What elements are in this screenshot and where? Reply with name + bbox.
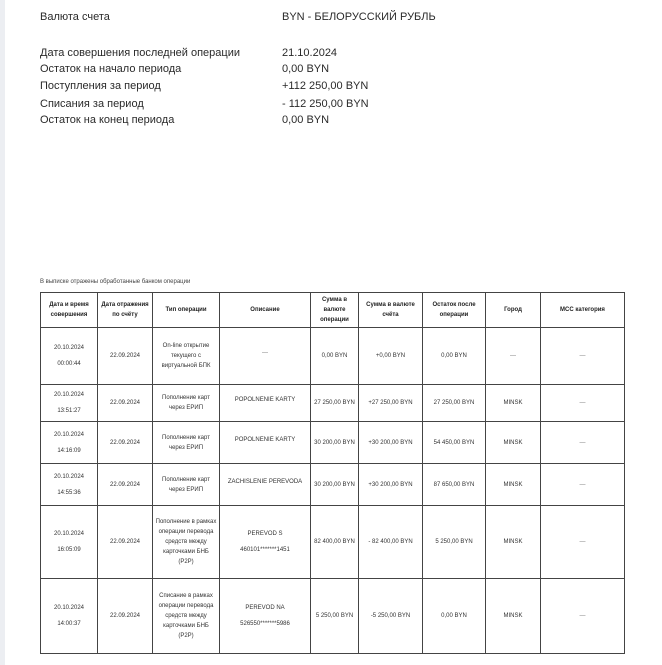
cell-amount-operation-amount-op: 0,00 BYN [322,353,348,359]
cell-datetime: 20.10.202400:00:44 [41,328,98,385]
cell-datetime-time: 13:51:27 [43,406,95,416]
summary-value: 21.10.2024 [282,47,337,59]
cell-operation-type: Списание в рамках операции перевода сред… [153,579,220,654]
cell-datetime: 20.10.202413:51:27 [41,385,98,422]
header-amount-operation: Сумма в валюте операции [311,293,359,328]
cell-mcc-mcc: — [580,613,586,619]
cell-description: POPOLNENIE KARTY [220,385,311,422]
cell-posted-date-posted: 22.09.2024 [110,539,140,545]
cell-description: PEREVOD NA526550*******5986 [220,579,311,654]
table-row: 20.10.202414:55:3622.09.2024Пополнение к… [41,464,625,506]
header-mcc: МСС категория [541,293,625,328]
cell-posted-date: 22.09.2024 [98,579,153,654]
summary-label: Списания за период [40,98,144,110]
cell-datetime-date: 20.10.2024 [43,430,95,440]
cell-balance-balance: 54 450,00 BYN [434,440,475,446]
cell-mcc-mcc: — [580,482,586,488]
cell-description-desc1: PEREVOD S [222,529,308,539]
cell-city-city: MINSK [503,539,522,545]
cell-amount-account: +30 200,00 BYN [359,464,423,506]
cell-operation-type-type: Списание в рамках операции перевода сред… [159,593,214,639]
cell-description-desc1: ZACHISLENIE PEREVODA [222,477,308,487]
cell-operation-type-type: Пополнение карт через ЕРИП [162,477,210,493]
cell-city: MINSK [486,506,541,579]
summary-value: +112 250,00 BYN [282,80,368,92]
cell-balance: 54 450,00 BYN [423,422,486,464]
cell-description: ZACHISLENIE PEREVODA [220,464,311,506]
cell-posted-date-posted: 22.09.2024 [110,400,140,406]
cell-posted-date: 22.09.2024 [98,328,153,385]
cell-amount-account: +27 250,00 BYN [359,385,423,422]
cell-description-desc2: 526550*******5986 [222,619,308,629]
cell-operation-type-type: Пополнение в рамках операции перевода ср… [156,519,217,565]
cell-amount-operation-amount-op: 27 250,00 BYN [314,400,355,406]
currency-label: Валюта счета [40,11,110,23]
cell-amount-account-amount-acc: +30 200,00 BYN [368,482,412,488]
cell-amount-account: +30 200,00 BYN [359,422,423,464]
cell-mcc: — [541,506,625,579]
cell-datetime-date: 20.10.2024 [43,343,95,353]
cell-posted-date-posted: 22.09.2024 [110,482,140,488]
cell-operation-type-type: Пополнение карт через ЕРИП [162,395,210,411]
cell-mcc-mcc: — [580,539,586,545]
header-posted-date: Дата отражения по счёту [98,293,153,328]
summary-label: Остаток на начало периода [40,63,181,75]
cell-description-desc1: POPOLNENIE KARTY [222,435,308,445]
summary-label: Поступления за период [40,80,161,92]
cell-city-city: MINSK [503,400,522,406]
cell-operation-type: On-line открытие текущего с виртуальной … [153,328,220,385]
cell-amount-operation: 30 200,00 BYN [311,422,359,464]
table-row: 20.10.202400:00:4422.09.2024On-line откр… [41,328,625,385]
cell-datetime: 20.10.202414:16:09 [41,422,98,464]
cell-posted-date: 22.09.2024 [98,422,153,464]
cell-city: MINSK [486,464,541,506]
cell-balance-balance: 5 250,00 BYN [435,539,472,545]
cell-city-city: MINSK [503,440,522,446]
cell-amount-operation: 5 250,00 BYN [311,579,359,654]
cell-city: MINSK [486,385,541,422]
cell-city-city: — [510,353,516,359]
cell-mcc: — [541,385,625,422]
cell-balance: 0,00 BYN [423,328,486,385]
cell-operation-type-type: On-line открытие текущего с виртуальной … [162,343,211,369]
cell-amount-operation-amount-op: 30 200,00 BYN [314,482,355,488]
cell-amount-account: - 82 400,00 BYN [359,506,423,579]
cell-datetime: 20.10.202414:55:36 [41,464,98,506]
cell-mcc-mcc: — [580,400,586,406]
cell-amount-account-amount-acc: -5 250,00 BYN [371,613,410,619]
cell-balance-balance: 87 650,00 BYN [434,482,475,488]
cell-mcc: — [541,328,625,385]
cell-datetime-date: 20.10.2024 [43,529,95,539]
cell-operation-type: Пополнение карт через ЕРИП [153,464,220,506]
cell-amount-account-amount-acc: +30 200,00 BYN [368,440,412,446]
cell-description: POPOLNENIE KARTY [220,422,311,464]
cell-datetime: 20.10.202416:05:09 [41,506,98,579]
header-datetime: Дата и время совершения [41,293,98,328]
header-operation-type: Тип операции [153,293,220,328]
cell-amount-operation: 30 200,00 BYN [311,464,359,506]
cell-amount-account: +0,00 BYN [359,328,423,385]
cell-amount-operation: 27 250,00 BYN [311,385,359,422]
page-edge [0,0,5,665]
statement-note: В выписке отражены обработанные банком о… [40,279,190,285]
cell-balance-balance: 0,00 BYN [441,353,467,359]
table-header-row: Дата и время совершения Дата отражения п… [41,293,625,328]
cell-datetime-time: 14:00:37 [43,619,95,629]
cell-amount-account-amount-acc: +0,00 BYN [376,353,405,359]
cell-datetime-time: 14:16:09 [43,446,95,456]
operations-table: Дата и время совершения Дата отражения п… [40,292,625,654]
cell-datetime-date: 20.10.2024 [43,603,95,613]
cell-mcc-mcc: — [580,353,586,359]
cell-balance-balance: 0,00 BYN [441,613,467,619]
table-row: 20.10.202416:05:0922.09.2024Пополнение в… [41,506,625,579]
cell-posted-date: 22.09.2024 [98,464,153,506]
cell-balance: 5 250,00 BYN [423,506,486,579]
cell-posted-date: 22.09.2024 [98,385,153,422]
cell-mcc-mcc: — [580,440,586,446]
cell-posted-date-posted: 22.09.2024 [110,440,140,446]
cell-datetime-date: 20.10.2024 [43,390,95,400]
cell-balance: 87 650,00 BYN [423,464,486,506]
cell-amount-operation: 0,00 BYN [311,328,359,385]
summary-value: 0,00 BYN [282,114,329,126]
cell-description-desc1: PEREVOD NA [222,603,308,613]
cell-amount-operation-amount-op: 30 200,00 BYN [314,440,355,446]
cell-city: MINSK [486,422,541,464]
header-city: Город [486,293,541,328]
cell-city: MINSK [486,579,541,654]
cell-balance-balance: 27 250,00 BYN [434,400,475,406]
cell-datetime: 20.10.202414:00:37 [41,579,98,654]
cell-mcc: — [541,422,625,464]
cell-mcc: — [541,579,625,654]
cell-amount-account-amount-acc: - 82 400,00 BYN [368,539,412,545]
cell-description-desc1: — [222,348,308,358]
cell-datetime-time: 14:55:36 [43,488,95,498]
cell-amount-operation-amount-op: 82 400,00 BYN [314,539,355,545]
cell-datetime-time: 00:00:44 [43,359,95,369]
cell-amount-account-amount-acc: +27 250,00 BYN [368,400,412,406]
currency-value: BYN - БЕЛОРУССКИЙ РУБЛЬ [282,11,436,23]
cell-datetime-time: 16:05:09 [43,545,95,555]
cell-description: — [220,328,311,385]
cell-city-city: MINSK [503,482,522,488]
header-balance: Остаток после операции [423,293,486,328]
cell-posted-date-posted: 22.09.2024 [110,613,140,619]
cell-description-desc2: 460101*******1451 [222,545,308,555]
cell-posted-date-posted: 22.09.2024 [110,353,140,359]
cell-datetime-date: 20.10.2024 [43,472,95,482]
cell-balance: 27 250,00 BYN [423,385,486,422]
table-row: 20.10.202414:16:0922.09.2024Пополнение к… [41,422,625,464]
cell-operation-type-type: Пополнение карт через ЕРИП [162,435,210,451]
cell-mcc: — [541,464,625,506]
table-row: 20.10.202414:00:3722.09.2024Списание в р… [41,579,625,654]
cell-amount-account: -5 250,00 BYN [359,579,423,654]
table-row: 20.10.202413:51:2722.09.2024Пополнение к… [41,385,625,422]
cell-operation-type: Пополнение карт через ЕРИП [153,422,220,464]
summary-label: Дата совершения последней операции [40,47,240,59]
summary-value: - 112 250,00 BYN [282,98,369,110]
cell-operation-type: Пополнение в рамках операции перевода ср… [153,506,220,579]
cell-posted-date: 22.09.2024 [98,506,153,579]
cell-description-desc1: POPOLNENIE KARTY [222,395,308,405]
cell-operation-type: Пополнение карт через ЕРИП [153,385,220,422]
cell-balance: 0,00 BYN [423,579,486,654]
header-amount-account: Сумма в валюте счёта [359,293,423,328]
cell-city-city: MINSK [503,613,522,619]
header-description: Описание [220,293,311,328]
cell-city: — [486,328,541,385]
summary-label: Остаток на конец периода [40,114,174,126]
cell-description: PEREVOD S460101*******1451 [220,506,311,579]
cell-amount-operation-amount-op: 5 250,00 BYN [316,613,353,619]
summary-value: 0,00 BYN [282,63,329,75]
cell-amount-operation: 82 400,00 BYN [311,506,359,579]
